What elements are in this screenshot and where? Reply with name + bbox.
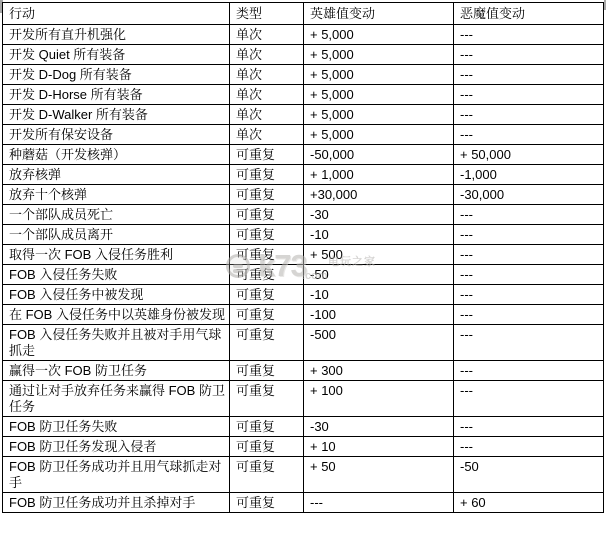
demon-value-cell: --- [454,245,604,265]
document-page: 行动 类型 英雄值变动 恶魔值变动 开发所有直升机强化单次+ 5,000---开… [0,0,606,533]
table-row: 开发 Quiet 所有装备单次+ 5,000--- [3,45,604,65]
table-row: 赢得一次 FOB 防卫任务可重复+ 300--- [3,361,604,381]
table-row: 开发 D-Walker 所有装备单次+ 5,000--- [3,105,604,125]
type-cell: 可重复 [230,457,304,493]
type-cell: 可重复 [230,305,304,325]
hero-value-cell: -30 [304,417,454,437]
demon-value-cell: --- [454,305,604,325]
demon-value-cell: -50 [454,457,604,493]
demon-value-cell: + 60 [454,493,604,513]
table-row: 开发所有直升机强化单次+ 5,000--- [3,25,604,45]
demon-value-cell: --- [454,225,604,245]
type-cell: 可重复 [230,417,304,437]
action-cell: FOB 防卫任务发现入侵者 [3,437,230,457]
type-cell: 单次 [230,45,304,65]
hero-value-cell: -100 [304,305,454,325]
hero-value-cell: + 5,000 [304,105,454,125]
type-cell: 单次 [230,65,304,85]
action-cell: 取得一次 FOB 入侵任务胜利 [3,245,230,265]
demon-value-cell: --- [454,205,604,225]
type-cell: 可重复 [230,145,304,165]
action-cell: FOB 防卫任务失败 [3,417,230,437]
hero-value-cell: -10 [304,225,454,245]
demon-value-cell: --- [454,25,604,45]
hero-value-cell: + 5,000 [304,85,454,105]
hero-value-cell: -500 [304,325,454,361]
type-cell: 可重复 [230,285,304,305]
type-cell: 可重复 [230,437,304,457]
demon-value-cell: --- [454,65,604,85]
type-cell: 可重复 [230,493,304,513]
action-cell: 一个部队成员离开 [3,225,230,245]
demon-value-cell: --- [454,437,604,457]
hero-value-cell: +30,000 [304,185,454,205]
action-cell: 放弃十个核弹 [3,185,230,205]
action-cell: 通过让对手放弃任务来赢得 FOB 防卫任务 [3,381,230,417]
action-cell: FOB 防卫任务成功并且用气球抓走对手 [3,457,230,493]
type-cell: 可重复 [230,265,304,285]
hero-value-cell: + 500 [304,245,454,265]
type-cell: 单次 [230,25,304,45]
demon-value-cell: -1,000 [454,165,604,185]
demon-value-cell: -30,000 [454,185,604,205]
demon-value-cell: --- [454,265,604,285]
demon-value-cell: --- [454,45,604,65]
action-cell: 赢得一次 FOB 防卫任务 [3,361,230,381]
type-cell: 可重复 [230,361,304,381]
table-row: 一个部队成员离开可重复-10--- [3,225,604,245]
action-cell: FOB 入侵任务失败 [3,265,230,285]
hero-demon-points-table: 行动 类型 英雄值变动 恶魔值变动 开发所有直升机强化单次+ 5,000---开… [2,2,604,513]
hero-value-cell: + 5,000 [304,125,454,145]
demon-value-cell: --- [454,105,604,125]
type-cell: 可重复 [230,205,304,225]
type-cell: 单次 [230,125,304,145]
action-cell: FOB 入侵任务中被发现 [3,285,230,305]
hero-value-cell: + 5,000 [304,65,454,85]
column-header-action: 行动 [3,3,230,25]
hero-value-cell: + 1,000 [304,165,454,185]
action-cell: 一个部队成员死亡 [3,205,230,225]
table-row: 放弃核弹可重复+ 1,000-1,000 [3,165,604,185]
action-cell: 开发 D-Dog 所有装备 [3,65,230,85]
type-cell: 单次 [230,105,304,125]
type-cell: 可重复 [230,245,304,265]
type-cell: 可重复 [230,185,304,205]
demon-value-cell: --- [454,381,604,417]
action-cell: FOB 入侵任务失败并且被对手用气球抓走 [3,325,230,361]
column-header-type: 类型 [230,3,304,25]
table-row: FOB 防卫任务成功并且杀掉对手可重复---+ 60 [3,493,604,513]
action-cell: 在 FOB 入侵任务中以英雄身份被发现 [3,305,230,325]
table-row: 放弃十个核弹可重复+30,000-30,000 [3,185,604,205]
hero-value-cell: --- [304,493,454,513]
hero-value-cell: + 5,000 [304,45,454,65]
table-row: 在 FOB 入侵任务中以英雄身份被发现可重复-100--- [3,305,604,325]
table-row: 取得一次 FOB 入侵任务胜利可重复+ 500--- [3,245,604,265]
hero-value-cell: + 50 [304,457,454,493]
table-row: FOB 防卫任务成功并且用气球抓走对手可重复+ 50-50 [3,457,604,493]
demon-value-cell: --- [454,361,604,381]
table-row: 开发 D-Dog 所有装备单次+ 5,000--- [3,65,604,85]
table-row: FOB 入侵任务中被发现可重复-10--- [3,285,604,305]
table-row: FOB 防卫任务发现入侵者可重复+ 10--- [3,437,604,457]
type-cell: 可重复 [230,381,304,417]
table-row: 开发所有保安设备单次+ 5,000--- [3,125,604,145]
demon-value-cell: --- [454,125,604,145]
table-row: FOB 入侵任务失败可重复-50--- [3,265,604,285]
column-header-demon-value: 恶魔值变动 [454,3,604,25]
type-cell: 可重复 [230,325,304,361]
action-cell: 放弃核弹 [3,165,230,185]
table-header-row: 行动 类型 英雄值变动 恶魔值变动 [3,3,604,25]
hero-value-cell: -30 [304,205,454,225]
hero-value-cell: -10 [304,285,454,305]
table-row: 一个部队成员死亡可重复-30--- [3,205,604,225]
type-cell: 单次 [230,85,304,105]
hero-value-cell: + 300 [304,361,454,381]
action-cell: 开发所有直升机强化 [3,25,230,45]
action-cell: 开发 Quiet 所有装备 [3,45,230,65]
action-cell: 开发 D-Horse 所有装备 [3,85,230,105]
demon-value-cell: --- [454,325,604,361]
table-row: FOB 入侵任务失败并且被对手用气球抓走可重复-500--- [3,325,604,361]
action-cell: 开发 D-Walker 所有装备 [3,105,230,125]
demon-value-cell: --- [454,85,604,105]
table-row: FOB 防卫任务失败可重复-30--- [3,417,604,437]
type-cell: 可重复 [230,165,304,185]
table-row: 开发 D-Horse 所有装备单次+ 5,000--- [3,85,604,105]
hero-value-cell: -50 [304,265,454,285]
hero-value-cell: + 5,000 [304,25,454,45]
demon-value-cell: + 50,000 [454,145,604,165]
hero-value-cell: -50,000 [304,145,454,165]
demon-value-cell: --- [454,285,604,305]
hero-value-cell: + 10 [304,437,454,457]
action-cell: 开发所有保安设备 [3,125,230,145]
column-header-hero-value: 英雄值变动 [304,3,454,25]
table-row: 通过让对手放弃任务来赢得 FOB 防卫任务可重复+ 100--- [3,381,604,417]
action-cell: 种蘑菇（开发核弹） [3,145,230,165]
hero-value-cell: + 100 [304,381,454,417]
action-cell: FOB 防卫任务成功并且杀掉对手 [3,493,230,513]
demon-value-cell: --- [454,417,604,437]
type-cell: 可重复 [230,225,304,245]
table-row: 种蘑菇（开发核弹）可重复-50,000+ 50,000 [3,145,604,165]
